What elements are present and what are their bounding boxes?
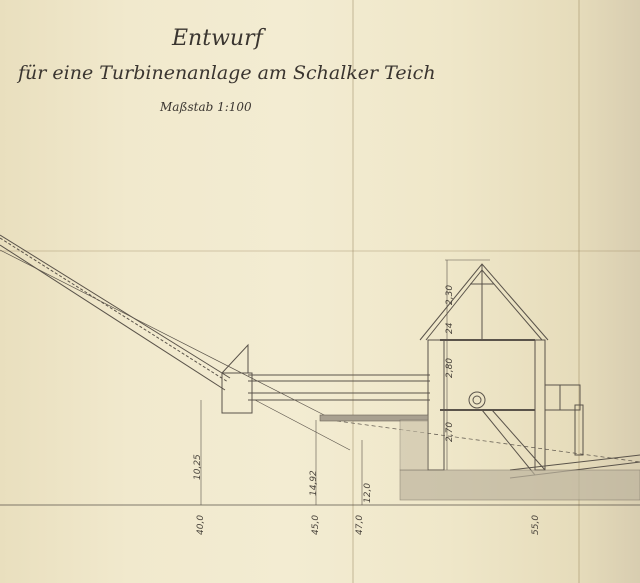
- station-label: 47,0: [355, 515, 365, 535]
- elevation-label: 12,0: [363, 483, 373, 503]
- dim-eave: 24: [445, 322, 455, 334]
- section-drawing: 2,30 24 2,80 2,70 10,25 14,92 12,0 40,0 …: [0, 0, 640, 583]
- station-label: 40,0: [196, 515, 206, 535]
- station-label: 55,0: [531, 515, 541, 535]
- elevation-label: 14,92: [309, 470, 319, 496]
- drawing-sheet: Entwurf für eine Turbinenanlage am Schal…: [0, 0, 640, 583]
- dim-lower-height: 2,70: [445, 422, 455, 442]
- dim-floor-height: 2,80: [445, 358, 455, 378]
- elevation-label: 10,25: [193, 454, 203, 480]
- station-label: 45,0: [311, 515, 321, 535]
- dim-roof-height: 2,30: [445, 285, 455, 305]
